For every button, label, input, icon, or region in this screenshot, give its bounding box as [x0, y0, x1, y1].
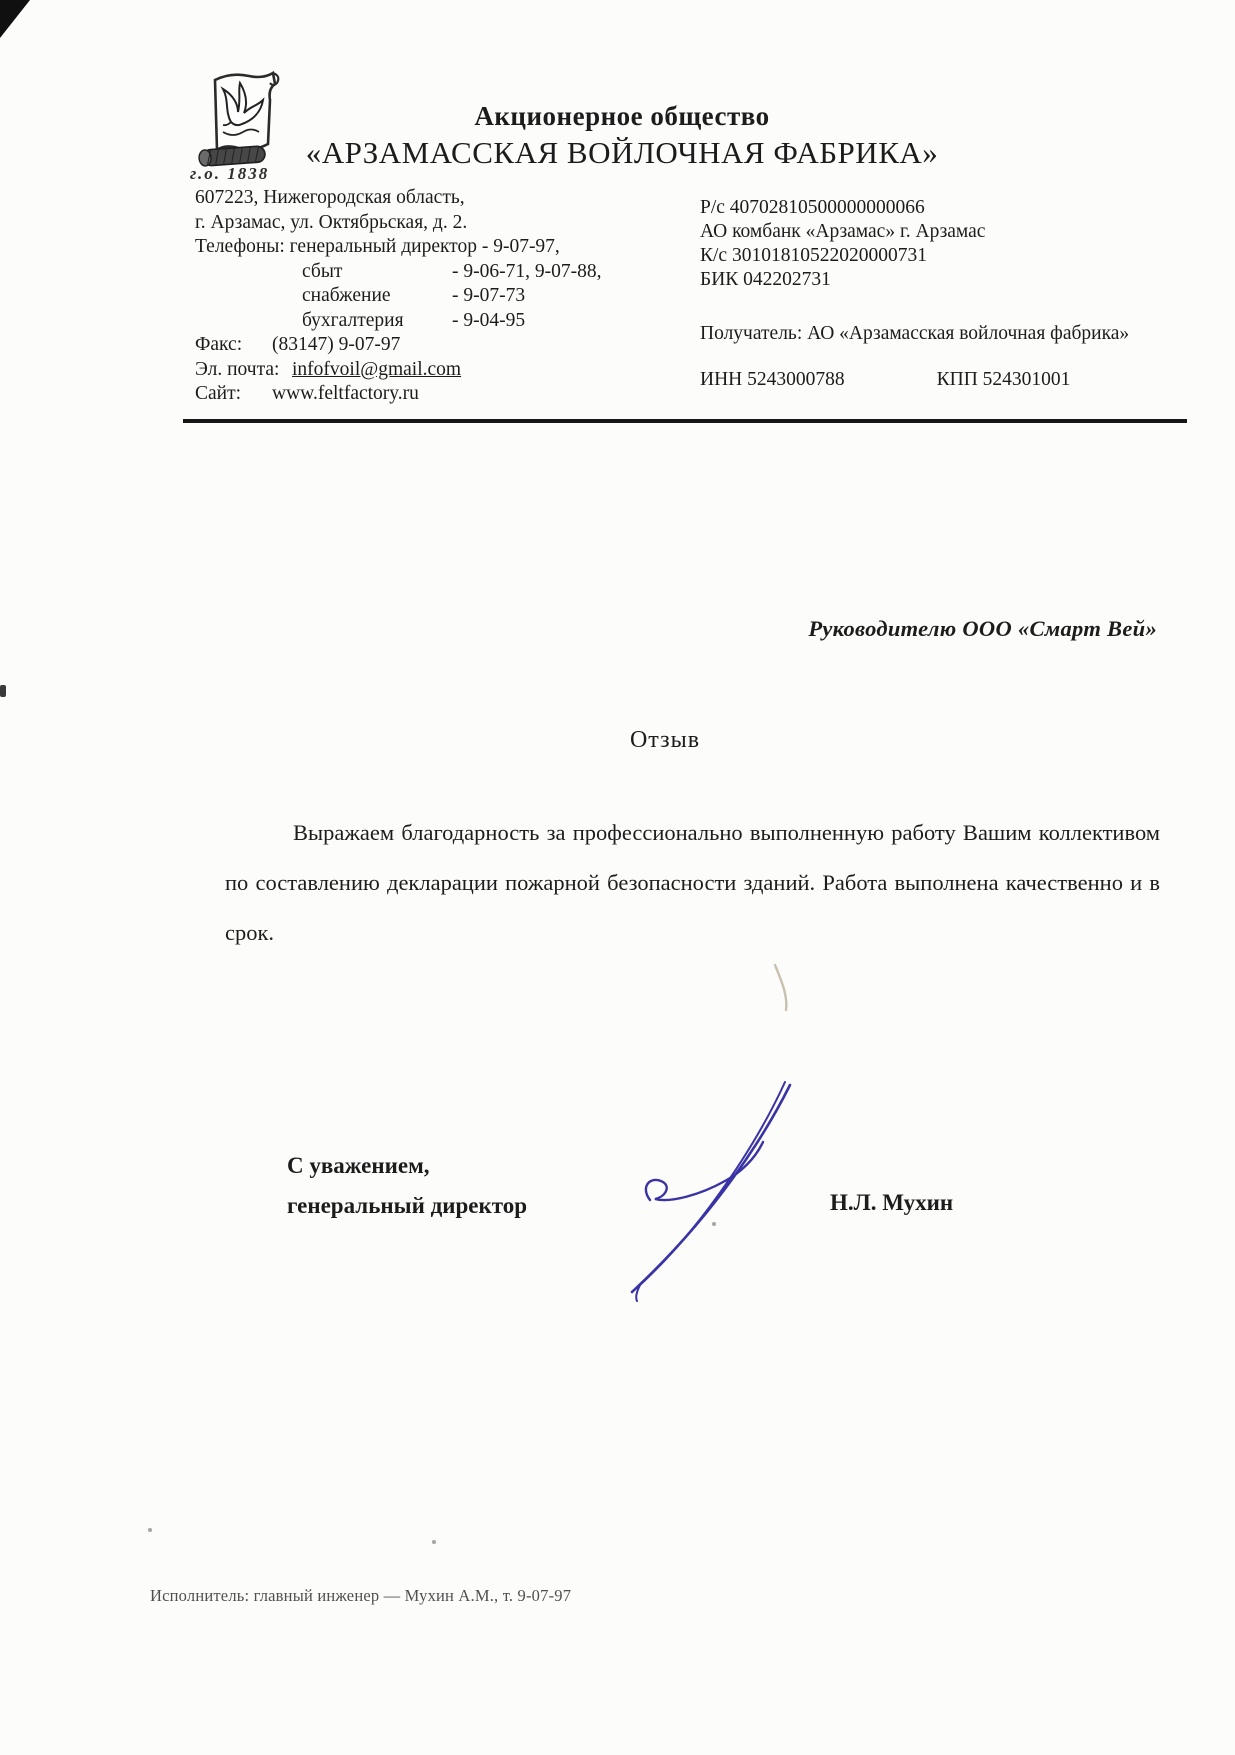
- closing-line: С уважением,: [287, 1146, 527, 1186]
- recipient-line: Руководителю ООО «Смарт Вей»: [808, 616, 1157, 642]
- phones-row: Телефоны: генеральный директор - 9-07-97…: [195, 235, 665, 260]
- scan-speck: [432, 1540, 436, 1544]
- bank-payee: Получатель: АО «Арзамасская войлочная фа…: [700, 322, 1180, 346]
- phone-dept: снабжение: [302, 284, 452, 309]
- phone-dept: сбыт: [302, 260, 452, 285]
- phone-number: - 9-04-95: [452, 310, 525, 331]
- phones-row: сбыт- 9-06-71, 9-07-88,: [195, 260, 665, 285]
- site-label: Сайт:: [195, 382, 272, 407]
- phone-dept: генеральный директор: [290, 236, 477, 257]
- site-value: www.feltfactory.ru: [272, 383, 419, 404]
- fax-row: Факс:(83147) 9-07-97: [195, 333, 665, 358]
- phone-dept: бухгалтерия: [302, 309, 452, 334]
- phone-number: - 9-06-71, 9-07-88,: [452, 261, 601, 282]
- fax-label: Факс:: [195, 333, 272, 358]
- phones-row: снабжение- 9-07-73: [195, 284, 665, 309]
- kpp-value: КПП 524301001: [937, 369, 1071, 390]
- email-label: Эл. почта:: [195, 358, 292, 383]
- fax-value: (83147) 9-07-97: [272, 334, 400, 355]
- email-value: infofvoil@gmail.com: [292, 359, 461, 380]
- letter-title: Отзыв: [565, 727, 765, 754]
- inn-value: ИНН 5243000788: [700, 369, 845, 390]
- email-row: Эл. почта:infofvoil@gmail.com: [195, 358, 665, 383]
- bank-bik: БИК 042202731: [700, 268, 1180, 292]
- scan-corner-artifact: [0, 0, 30, 38]
- handwritten-signature: [555, 945, 825, 1325]
- signature-ink-icon: [555, 945, 825, 1325]
- address-line: 607223, Нижегородская область,: [195, 186, 665, 211]
- org-name-title: «АРЗАМАССКАЯ ВОЙЛОЧНАЯ ФАБРИКА»: [90, 135, 1154, 171]
- letterhead-header: Акционерное общество «АРЗАМАССКАЯ ВОЙЛОЧ…: [90, 101, 1154, 171]
- phones-row: бухгалтерия- 9-04-95: [195, 309, 665, 334]
- phone-number: - 9-07-97,: [482, 236, 560, 257]
- org-type-title: Акционерное общество: [90, 101, 1154, 132]
- bank-details-block: Р/с 40702810500000000066 АО комбанк «Арз…: [700, 196, 1180, 392]
- executor-note: Исполнитель: главный инженер — Мухин А.М…: [150, 1586, 571, 1606]
- letter-body: Выражаем благодарность за профессиональн…: [225, 808, 1160, 958]
- scan-edge-artifact: [0, 685, 6, 697]
- site-row: Сайт:www.feltfactory.ru: [195, 382, 665, 407]
- closing-block: С уважением, генеральный директор: [287, 1146, 527, 1226]
- closing-line: генеральный директор: [287, 1186, 527, 1226]
- bank-name: АО комбанк «Арзамас» г. Арзамас: [700, 220, 1180, 244]
- inn-kpp-row: ИНН 5243000788КПП 524301001: [700, 368, 1180, 392]
- address-line: г. Арзамас, ул. Октябрьская, д. 2.: [195, 211, 665, 236]
- contact-block: 607223, Нижегородская область, г. Арзама…: [195, 186, 665, 407]
- phone-number: - 9-07-73: [452, 285, 525, 306]
- scan-speck: [148, 1528, 152, 1532]
- bank-account: Р/с 40702810500000000066: [700, 196, 1180, 220]
- signer-name: Н.Л. Мухин: [830, 1190, 953, 1216]
- letterhead-divider: [183, 419, 1187, 423]
- bank-corr-account: К/с 30101810522020000731: [700, 244, 1180, 268]
- scanned-letter-page: г.о. 1838 Акционерное общество «АРЗАМАСС…: [0, 0, 1235, 1755]
- phones-label: Телефоны:: [195, 236, 290, 257]
